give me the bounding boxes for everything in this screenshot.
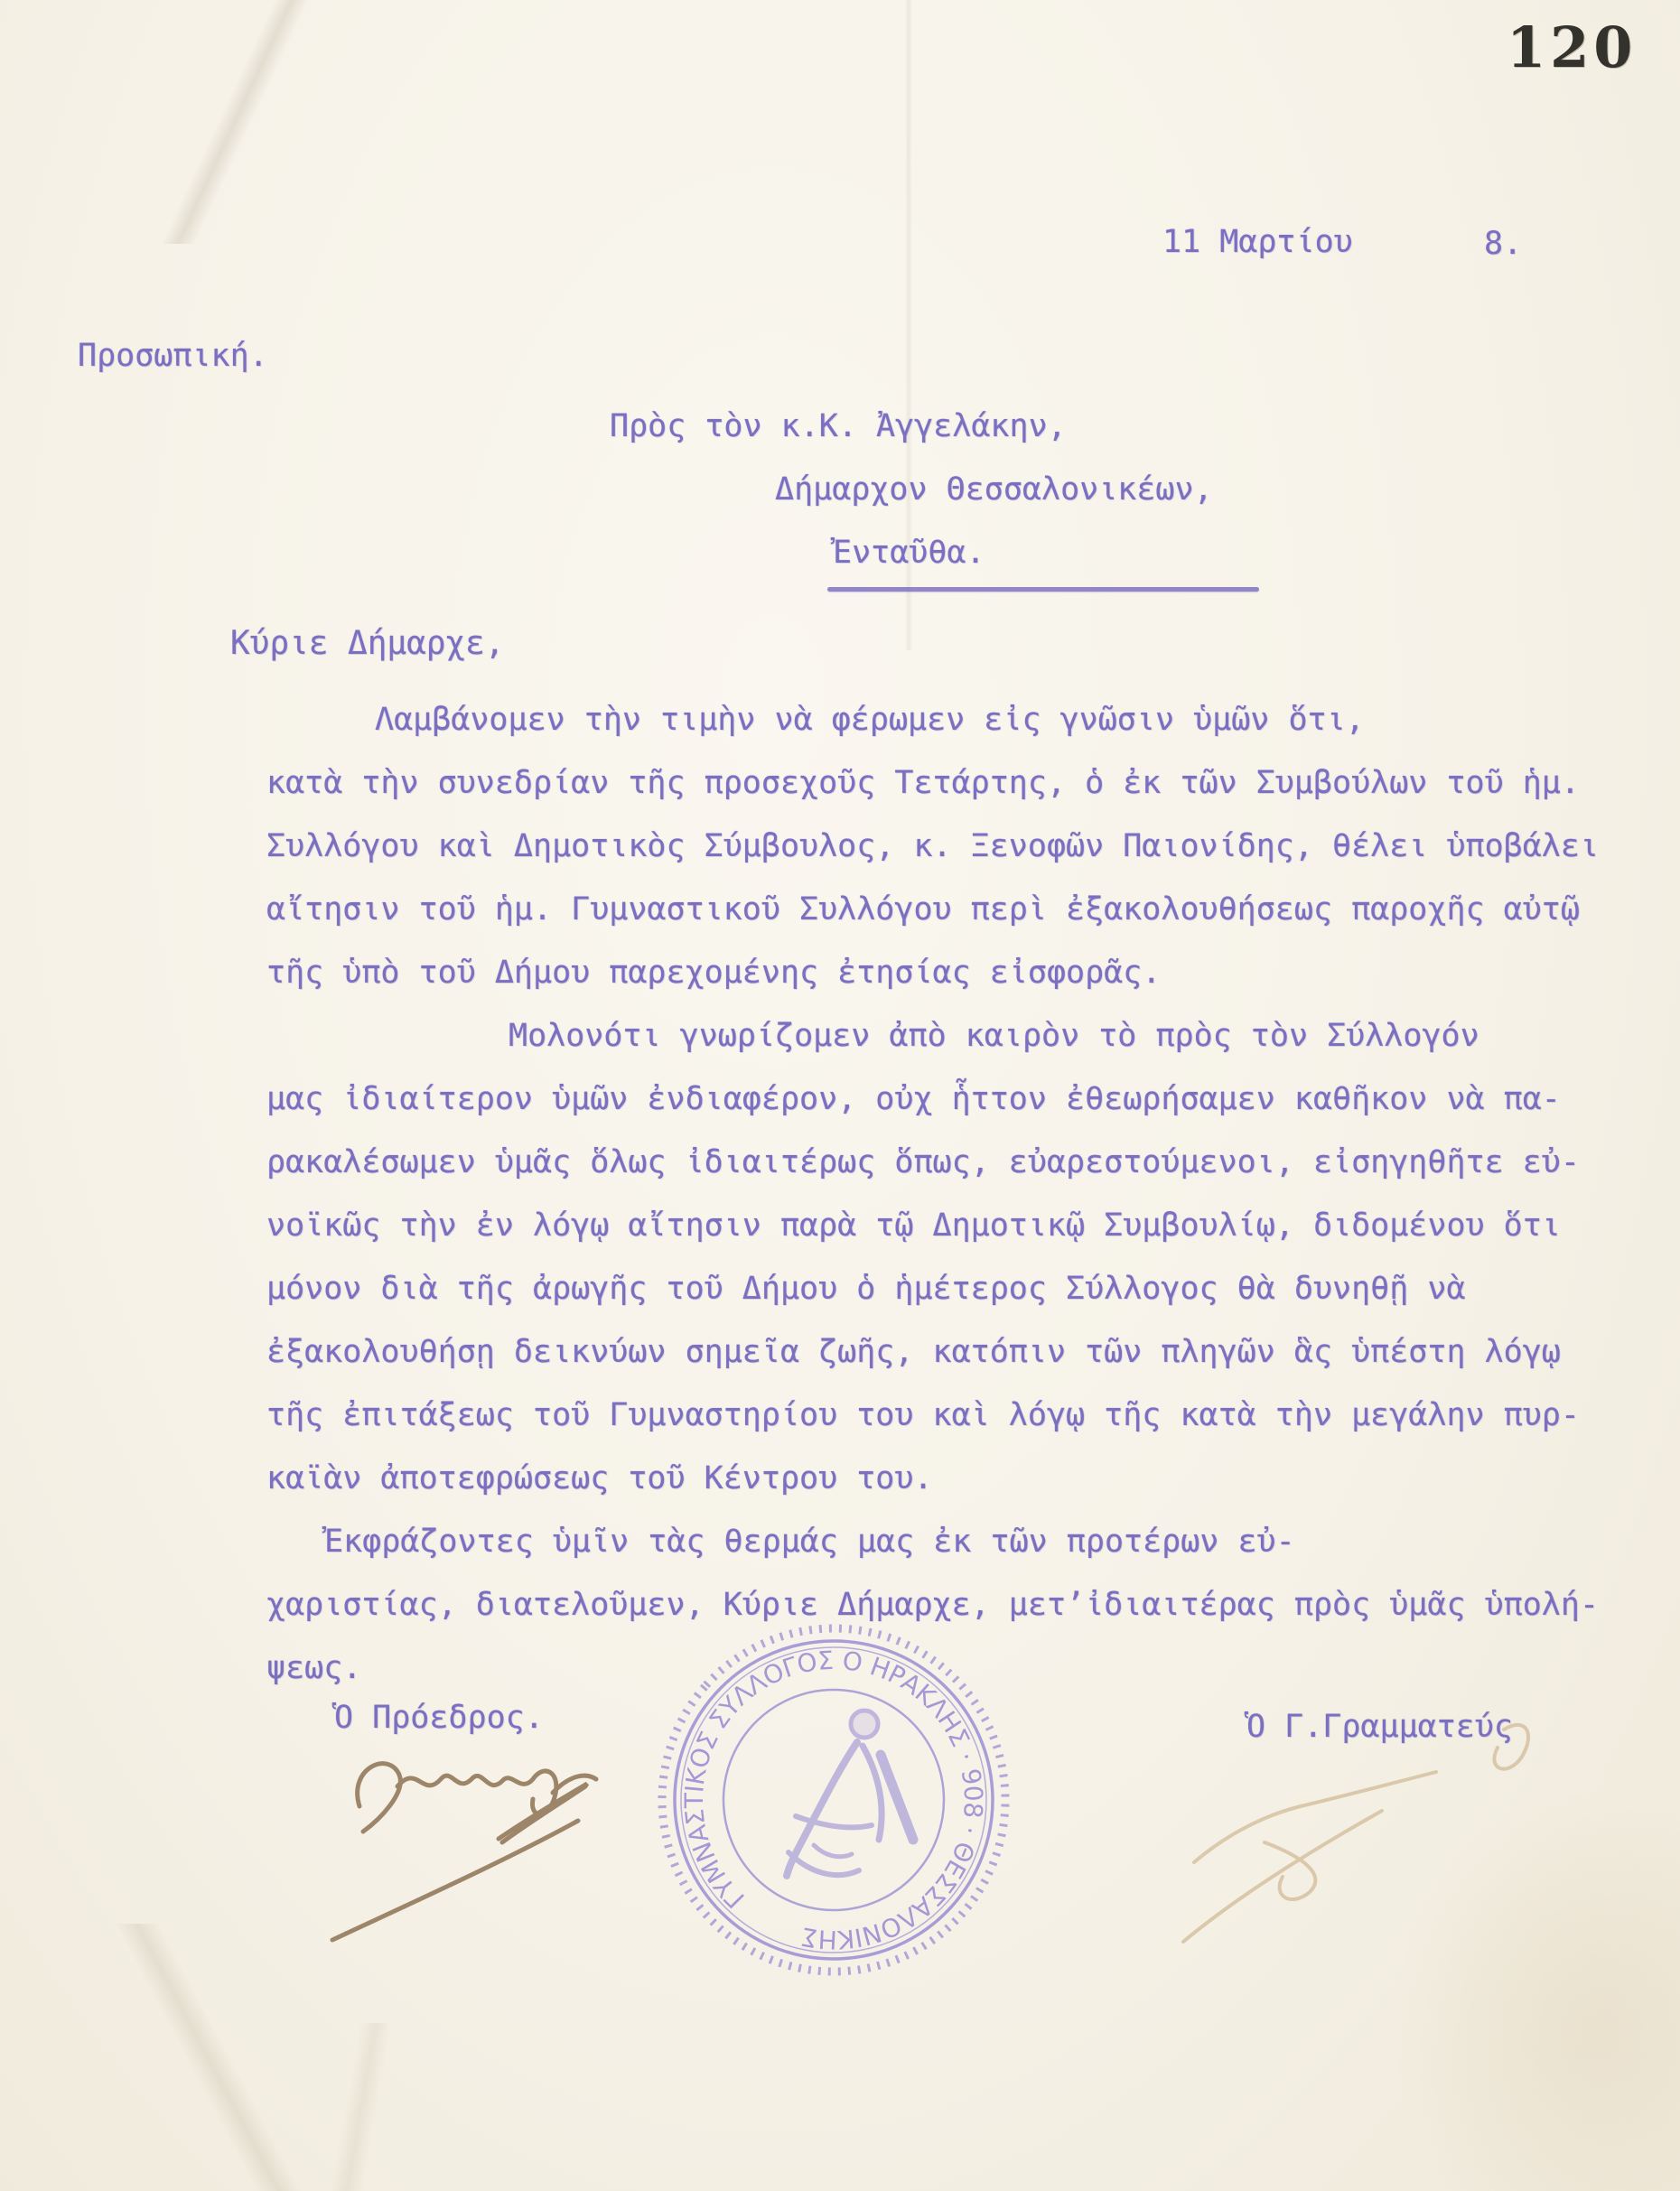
body-line: ἐξακολουθήσῃ δεικνύων σημεῖα ζωῆς, κατόπ… xyxy=(266,1320,1657,1384)
body-line: μόνον διὰ τῆς ἀρωγῆς τοῦ Δήμου ὁ ἡμέτερο… xyxy=(266,1257,1657,1320)
salutation: Κύριε Δήμαρχε, xyxy=(230,625,504,662)
body-line: κατὰ τὴν συνεδρίαν τῆς προσεχοῦς Τετάρτη… xyxy=(266,751,1657,815)
body-line: ρακαλέσωμεν ὑμᾶς ὅλως ἰδιαιτέρως ὅπως, ε… xyxy=(266,1131,1657,1194)
body-line: Ἐκφράζοντες ὑμῖν τὰς θερμάς μας ἐκ τῶν π… xyxy=(324,1510,1657,1573)
secretary-signature xyxy=(1147,1707,1608,1969)
seal-hercules-figure xyxy=(787,1711,913,1876)
body-line: νοϊκῶς τὴν ἐν λόγῳ αἴτησιν παρὰ τῷ Δημοτ… xyxy=(266,1194,1657,1257)
body-line: Λαμβάνομεν τὴν τιμὴν νὰ φέρωμεν εἰς γνῶσ… xyxy=(375,688,1657,751)
body-line: Μολονότι γνωρίζομεν ἀπὸ καιρὸν τὸ πρὸς τ… xyxy=(509,1004,1657,1068)
date-text: 11 Μαρτίου xyxy=(1162,224,1353,260)
recipient-line-3: Ἐνταῦθα. xyxy=(833,535,985,571)
scanned-letter-page: 120 11 Μαρτίου 8. Προσωπική. Πρὸς τὸν κ.… xyxy=(0,0,1680,2191)
body-line: τῆς ὑπὸ τοῦ Δήμου παρεχομένης ἐτησίας εἰ… xyxy=(266,941,1657,1004)
letter-body: Λαμβάνομεν τὴν τιμὴν νὰ φέρωμεν εἰς γνῶσ… xyxy=(266,688,1657,1700)
body-line: καϊὰν ἀποτεφρώσεως τοῦ Κέντρου του. xyxy=(266,1447,1657,1510)
recipient-line-1: Πρὸς τὸν κ.Κ. Ἀγγελάκην, xyxy=(610,408,1067,444)
recipient-underline xyxy=(827,587,1259,592)
paper-crease xyxy=(0,0,470,244)
date-year-text: 8. xyxy=(1484,226,1522,262)
classification-label: Προσωπική. xyxy=(78,338,268,374)
body-line: Συλλόγου καὶ Δημοτικὸς Σύμβουλος, κ. Ξεν… xyxy=(266,815,1657,878)
body-line: αἴτησιν τοῦ ἡμ. Γυμναστικοῦ Συλλόγου περ… xyxy=(266,878,1657,941)
recipient-line-2: Δήμαρχον Θεσσαλονικέων, xyxy=(775,471,1213,508)
body-line: τῆς ἐπιτάξεως τοῦ Γυμναστηρίου του καὶ λ… xyxy=(266,1384,1657,1447)
page-number: 120 xyxy=(1507,14,1637,80)
president-signature xyxy=(271,1716,777,2068)
body-line: μας ἰδιαίτερον ὑμῶν ἐνδιαφέρον, οὐχ ἧττο… xyxy=(266,1068,1657,1131)
